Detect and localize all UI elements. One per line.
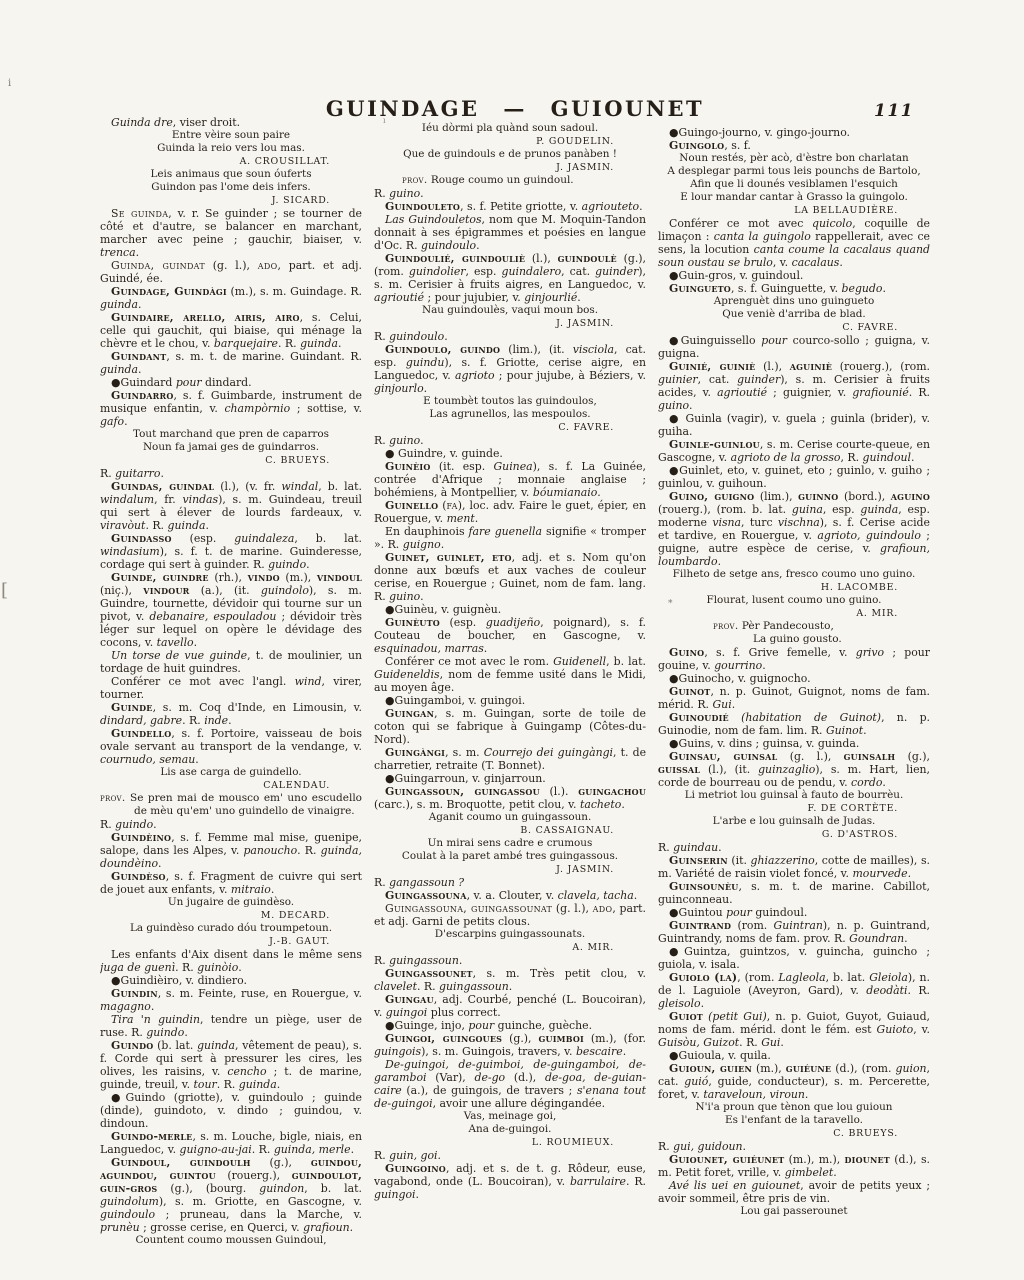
entry-paragraph: ●Guinlet, eto, v. guinet, eto ; guinlo, … bbox=[658, 464, 930, 490]
entry-paragraph: ●Guintza, guintzos, v. guincha, guincho … bbox=[658, 945, 930, 971]
entry-paragraph: Guingoi, guingoues (g.), guimboi (m.), (… bbox=[374, 1032, 646, 1058]
verse-line: Nau guindoulès, vaqui moun bos. bbox=[374, 304, 646, 317]
citation-author: A. MIR. bbox=[374, 941, 646, 954]
entry-paragraph: Guingueto, s. f. Guinguette, v. begudo. bbox=[658, 282, 930, 295]
scan-artifact: * bbox=[668, 599, 673, 609]
entry-paragraph: Guinda dre, viser droit. bbox=[100, 116, 362, 129]
verse-line: Guindon pas l'ome deis infers. bbox=[100, 181, 362, 194]
entry-paragraph: ●Guingarroun, v. ginjarroun. bbox=[374, 772, 646, 785]
entry-paragraph: Guiot (petit Gui), n. p. Guiot, Guyot, G… bbox=[658, 1010, 930, 1049]
entry-paragraph: Conférer ce mot avec le rom. Guidenell, … bbox=[374, 655, 646, 694]
entry-paragraph: Guindant, s. m. t. de marine. Guindant. … bbox=[100, 350, 362, 376]
entry-paragraph: Guindarro, s. f. Guimbarde, instrument d… bbox=[100, 389, 362, 428]
verse-line: L'arbe e lou guinsalh de Judas. bbox=[658, 815, 930, 828]
entry-paragraph: Guindoulié, guindouliè (l.), guindoulè (… bbox=[374, 252, 646, 304]
etymology-line: R. gangassoun ? bbox=[374, 876, 646, 889]
verse-line: E lour mandar cantar à Grasso la guingol… bbox=[658, 191, 930, 204]
entry-paragraph: Conférer ce mot avec quicolo, coquille d… bbox=[658, 217, 930, 269]
verse-line: Filheto de setge ans, fresco coumo uno g… bbox=[658, 568, 930, 581]
verse-line: Aganit coumo un guingassoun. bbox=[374, 811, 646, 824]
entry-paragraph: De-guingoi, de-guimboi, de-guingamboi, d… bbox=[374, 1058, 646, 1110]
verse-line: Noun restés, pèr acò, d'èstre bon charla… bbox=[658, 152, 930, 165]
entry-paragraph: Guinde, s. m. Coq d'Inde, en Limousin, v… bbox=[100, 701, 362, 727]
entry-paragraph: Guindas, guindal (l.), (v. fr. windal, b… bbox=[100, 480, 362, 532]
entry-paragraph: Guinèio (it. esp. Guinea), s. f. La Guin… bbox=[374, 460, 646, 499]
entry-paragraph: Guindasso (esp. guindaleza, b. lat. wind… bbox=[100, 532, 362, 571]
entry-paragraph: Guindèso, s. f. Fragment de cuivre qui s… bbox=[100, 870, 362, 896]
entry-paragraph: Guiounet, guiéunet (m.), m.), diounet (d… bbox=[658, 1153, 930, 1179]
verse-line: Tout marchand que pren de caparros bbox=[100, 428, 362, 441]
entry-paragraph: Les enfants d'Aix disent dans le même se… bbox=[100, 948, 362, 974]
entry-paragraph: ●Guinge, injo, pour guinche, guèche. bbox=[374, 1019, 646, 1032]
entry-paragraph: Guindin, s. m. Feinte, ruse, en Rouergue… bbox=[100, 987, 362, 1013]
verse-line: Noun fa jamai ges de guindarros. bbox=[100, 441, 362, 454]
citation-author: F. DE CORTÈTE. bbox=[658, 802, 930, 815]
entry-paragraph: ●Guindièiro, v. dindiero. bbox=[100, 974, 362, 987]
entry-paragraph: Conférer ce mot avec l'angl. wind, virer… bbox=[100, 675, 362, 701]
entry-paragraph: Guindèino, s. f. Femme mal mise, guenipe… bbox=[100, 831, 362, 870]
entry-paragraph: Guingassounet, s. m. Très petit clou, v.… bbox=[374, 967, 646, 993]
citation-author: A. CROUSILLAT. bbox=[100, 155, 362, 168]
entry-paragraph: ●Guinguissello pour courco-sollo ; guign… bbox=[658, 334, 930, 360]
etymology-line: R. guindo. bbox=[100, 818, 362, 831]
etymology-line: R. guitarro. bbox=[100, 467, 362, 480]
citation-author: C. BRUEYS. bbox=[658, 1127, 930, 1140]
citation-author: LA BELLAUDIÈRE. bbox=[658, 204, 930, 217]
entry-paragraph: Guindouleto, s. f. Petite griotte, v. ag… bbox=[374, 200, 646, 213]
entry-paragraph: ●Guindard pour dindard. bbox=[100, 376, 362, 389]
verse-line: Ana de-guingoi. bbox=[374, 1123, 646, 1136]
entry-paragraph: Guinié, guiniè (l.), aguiniè (rouerg.), … bbox=[658, 360, 930, 412]
entry-paragraph: ●Guingo-journo, v. gingo-journo. bbox=[658, 126, 930, 139]
citation-author: L. ROUMIEUX. bbox=[374, 1136, 646, 1149]
entry-paragraph: Guingan, s. m. Guingan, sorte de toile d… bbox=[374, 707, 646, 746]
entry-paragraph: En dauphinois fare guenella signifie « t… bbox=[374, 525, 646, 551]
column-1: Guinda dre, viser droit.Entre vèire soun… bbox=[100, 116, 362, 1247]
citation-author: B. CASSAIGNAU. bbox=[374, 824, 646, 837]
verse-line: A desplegar parmi tous leis pounchs de B… bbox=[658, 165, 930, 178]
entry-paragraph: Guindoul, guindoulh (g.), guindou, aguin… bbox=[100, 1156, 362, 1234]
etymology-line: R. guin, goi. bbox=[374, 1149, 646, 1162]
citation-author: C. FAVRE. bbox=[658, 321, 930, 334]
verse-line: N'i'a proun que tènon que lou guioun bbox=[658, 1101, 930, 1114]
entry-paragraph: Guinsounèu, s. m. t. de marine. Cabillot… bbox=[658, 880, 930, 906]
etymology-line: R. guino. bbox=[374, 187, 646, 200]
entry-paragraph: Guinserin (it. ghiazzerino, cotte de mai… bbox=[658, 854, 930, 880]
verse-line: Un mirai sens cadre e crumous bbox=[374, 837, 646, 850]
entry-paragraph: Guioun, guien (m.), guiéune (d.), (rom. … bbox=[658, 1062, 930, 1101]
column-3: ●Guingo-journo, v. gingo-journo.Guingolo… bbox=[658, 116, 930, 1218]
entry-paragraph: Las Guindouletos, nom que M. Moquin-Tand… bbox=[374, 213, 646, 252]
proverb-line: prov. Pèr Pandecousto, bbox=[658, 620, 930, 633]
entry-paragraph: ● Guindre, v. guinde. bbox=[374, 447, 646, 460]
scan-artifact: i bbox=[8, 78, 11, 89]
entry-paragraph: ●Guinocho, v. guignocho. bbox=[658, 672, 930, 685]
entry-paragraph: Guindo-merle, s. m. Louche, bigle, niais… bbox=[100, 1130, 362, 1156]
verse-line: Es l'enfant de la taravello. bbox=[658, 1114, 930, 1127]
etymology-line: R. gui, guidoun. bbox=[658, 1140, 930, 1153]
verse-line: Que veniè d'arriba de blad. bbox=[658, 308, 930, 321]
entry-paragraph: Guindo (b. lat. guinda, vêtement de peau… bbox=[100, 1039, 362, 1091]
column-2: Iéu dòrmi pla quànd soun sadoul.P. GOUDE… bbox=[374, 116, 646, 1201]
entry-paragraph: Guindello, s. f. Portoire, vaisseau de b… bbox=[100, 727, 362, 766]
entry-paragraph: Guingassouna, v. a. Clouter, v. clavela,… bbox=[374, 889, 646, 902]
proverb-line: prov. Se pren mai de mousco em' uno escu… bbox=[100, 792, 362, 818]
citation-author: G. D'ASTROS. bbox=[658, 828, 930, 841]
verse-line: Countent coumo moussen Guindoul, bbox=[100, 1234, 362, 1247]
verse-line: La guindèso curado dóu troumpetoun. bbox=[100, 922, 362, 935]
verse-line: Que de guindouls e de prunos panàben ! bbox=[374, 148, 646, 161]
entry-paragraph: Guindage, Guindàgi (m.), s. m. Guindage.… bbox=[100, 285, 362, 311]
verse-line: Leis animaus que soun óuferts bbox=[100, 168, 362, 181]
citation-author: C. FAVRE. bbox=[374, 421, 646, 434]
etymology-line: R. guingassoun. bbox=[374, 954, 646, 967]
verse-line: Li metriot lou guinsal à fauto de bourrè… bbox=[658, 789, 930, 802]
proverb-line: prov. Rouge coumo un guindoul. bbox=[374, 174, 646, 187]
dictionary-page: GUINDAGE — GUIOUNET 111 Guinda dre, vise… bbox=[0, 0, 1024, 1280]
citation-author: CALENDAU. bbox=[100, 779, 362, 792]
etymology-line: R. guindau. bbox=[658, 841, 930, 854]
verse-line: Vas, meinage goi, bbox=[374, 1110, 646, 1123]
entry-paragraph: Se guinda, v. r. Se guinder ; se tourner… bbox=[100, 207, 362, 259]
verse-line: Guinda la reio vers lou mas. bbox=[100, 142, 362, 155]
entry-paragraph: Guinde, guindre (rh.), vindo (m.), vindo… bbox=[100, 571, 362, 649]
entry-paragraph: Guinot, n. p. Guinot, Guignot, noms de f… bbox=[658, 685, 930, 711]
entry-paragraph: Guinsau, guinsal (g. l.), guinsalh (g.),… bbox=[658, 750, 930, 789]
entry-paragraph: ●Guioula, v. quila. bbox=[658, 1049, 930, 1062]
entry-paragraph: Guino, s. f. Grive femelle, v. grivo ; p… bbox=[658, 646, 930, 672]
entry-paragraph: Guingàngi, s. m. Courrejo dei guingàngi,… bbox=[374, 746, 646, 772]
entry-paragraph: ●Guingamboi, v. guingoi. bbox=[374, 694, 646, 707]
verse-line: Lou gai passerounet bbox=[658, 1205, 930, 1218]
entry-paragraph: ●Guins, v. dins ; guinsa, v. guinda. bbox=[658, 737, 930, 750]
scan-artifact: [ bbox=[1, 580, 8, 601]
citation-author: C. BRUEYS. bbox=[100, 454, 362, 467]
citation-author: H. LACOMBE. bbox=[658, 581, 930, 594]
entry-paragraph: Guingolo, s. f. bbox=[658, 139, 930, 152]
entry-paragraph: Guingau, adj. Courbé, penché (L. Boucoir… bbox=[374, 993, 646, 1019]
verse-line: Flourat, lusent coumo uno guino. bbox=[658, 594, 930, 607]
entry-paragraph: Guintrand (rom. Guintran), n. p. Guintra… bbox=[658, 919, 930, 945]
citation-author: P. GOUDELIN. bbox=[374, 135, 646, 148]
verse-line: Un jugaire de guindèso. bbox=[100, 896, 362, 909]
entry-paragraph: Guindoulo, guindo (lim.), (it. visciola,… bbox=[374, 343, 646, 395]
verse-line: Las agrunellos, las mespoulos. bbox=[374, 408, 646, 421]
verse-line: E toumbèt toutos las guindoulos, bbox=[374, 395, 646, 408]
entry-paragraph: Guingoino, adj. et s. de t. g. Rôdeur, e… bbox=[374, 1162, 646, 1201]
verse-line: Lis ase carga de guindello. bbox=[100, 766, 362, 779]
verse-line: Aprenguèt dins uno guingueto bbox=[658, 295, 930, 308]
entry-paragraph: Guinda, guindat (g. l.), ado, part. et a… bbox=[100, 259, 362, 285]
verse-line: Entre vèire soun paire bbox=[100, 129, 362, 142]
entry-paragraph: Guindaire, arello, airis, airo, s. Celui… bbox=[100, 311, 362, 350]
citation-author: J.-B. GAUT. bbox=[100, 935, 362, 948]
entry-paragraph: ●Guinèu, v. guignèu. bbox=[374, 603, 646, 616]
entry-paragraph: Guinèuto (esp. guadijeño, poignard), s. … bbox=[374, 616, 646, 655]
citation-author: J. JASMIN. bbox=[374, 863, 646, 876]
verse-line: Afin que li dounés vesiblamen l'esquich bbox=[658, 178, 930, 191]
citation-author: J. JASMIN. bbox=[374, 161, 646, 174]
entry-paragraph: Tira 'n guindin, tendre un piège, user d… bbox=[100, 1013, 362, 1039]
entry-paragraph: ●Guindo (griotte), v. guindoulo ; guinde… bbox=[100, 1091, 362, 1130]
entry-paragraph: Guiolo (la), (rom. Lagleola, b. lat. Gle… bbox=[658, 971, 930, 1010]
citation-author: J. SICARD. bbox=[100, 194, 362, 207]
citation-author: A. MIR. bbox=[658, 607, 930, 620]
entry-paragraph: Un torse de vue guinde, t. de moulinier,… bbox=[100, 649, 362, 675]
entry-paragraph: Guinello (fa), loc. adv. Faire le guet, … bbox=[374, 499, 646, 525]
citation-author: J. JASMIN. bbox=[374, 317, 646, 330]
entry-paragraph: ●Guin-gros, v. guindoul. bbox=[658, 269, 930, 282]
entry-paragraph: Guinoudié (habitation de Guinot), n. p. … bbox=[658, 711, 930, 737]
entry-paragraph: Guinet, guinlet, eto, adj. et s. Nom qu'… bbox=[374, 551, 646, 603]
entry-paragraph: Guingassouna, guingassounat (g. l.), ado… bbox=[374, 902, 646, 928]
scan-artifact: ı bbox=[383, 116, 386, 125]
entry-paragraph: ● Guinla (vagir), v. guela ; guinla (bri… bbox=[658, 412, 930, 438]
etymology-line: R. guino. bbox=[374, 434, 646, 447]
entry-paragraph: ●Guintou pour guindoul. bbox=[658, 906, 930, 919]
verse-line: D'escarpins guingassounats. bbox=[374, 928, 646, 941]
verse-line: Coulat à la paret ambé tres guingassous. bbox=[374, 850, 646, 863]
etymology-line: R. guindoulo. bbox=[374, 330, 646, 343]
proverb-line: La guino gousto. bbox=[658, 633, 930, 646]
entry-paragraph: Guinle-guinlou, s. m. Cerise courte-queu… bbox=[658, 438, 930, 464]
verse-line: Iéu dòrmi pla quànd soun sadoul. bbox=[374, 122, 646, 135]
text-columns: Guinda dre, viser droit.Entre vèire soun… bbox=[100, 116, 930, 1247]
citation-author: M. DECARD. bbox=[100, 909, 362, 922]
entry-paragraph: Guino, guigno (lim.), guinno (bord.), ag… bbox=[658, 490, 930, 568]
entry-paragraph: Guingassoun, guingassou (l.). guingachou… bbox=[374, 785, 646, 811]
entry-paragraph: Avé lis uei en guiounet, avoir de petits… bbox=[658, 1179, 930, 1205]
